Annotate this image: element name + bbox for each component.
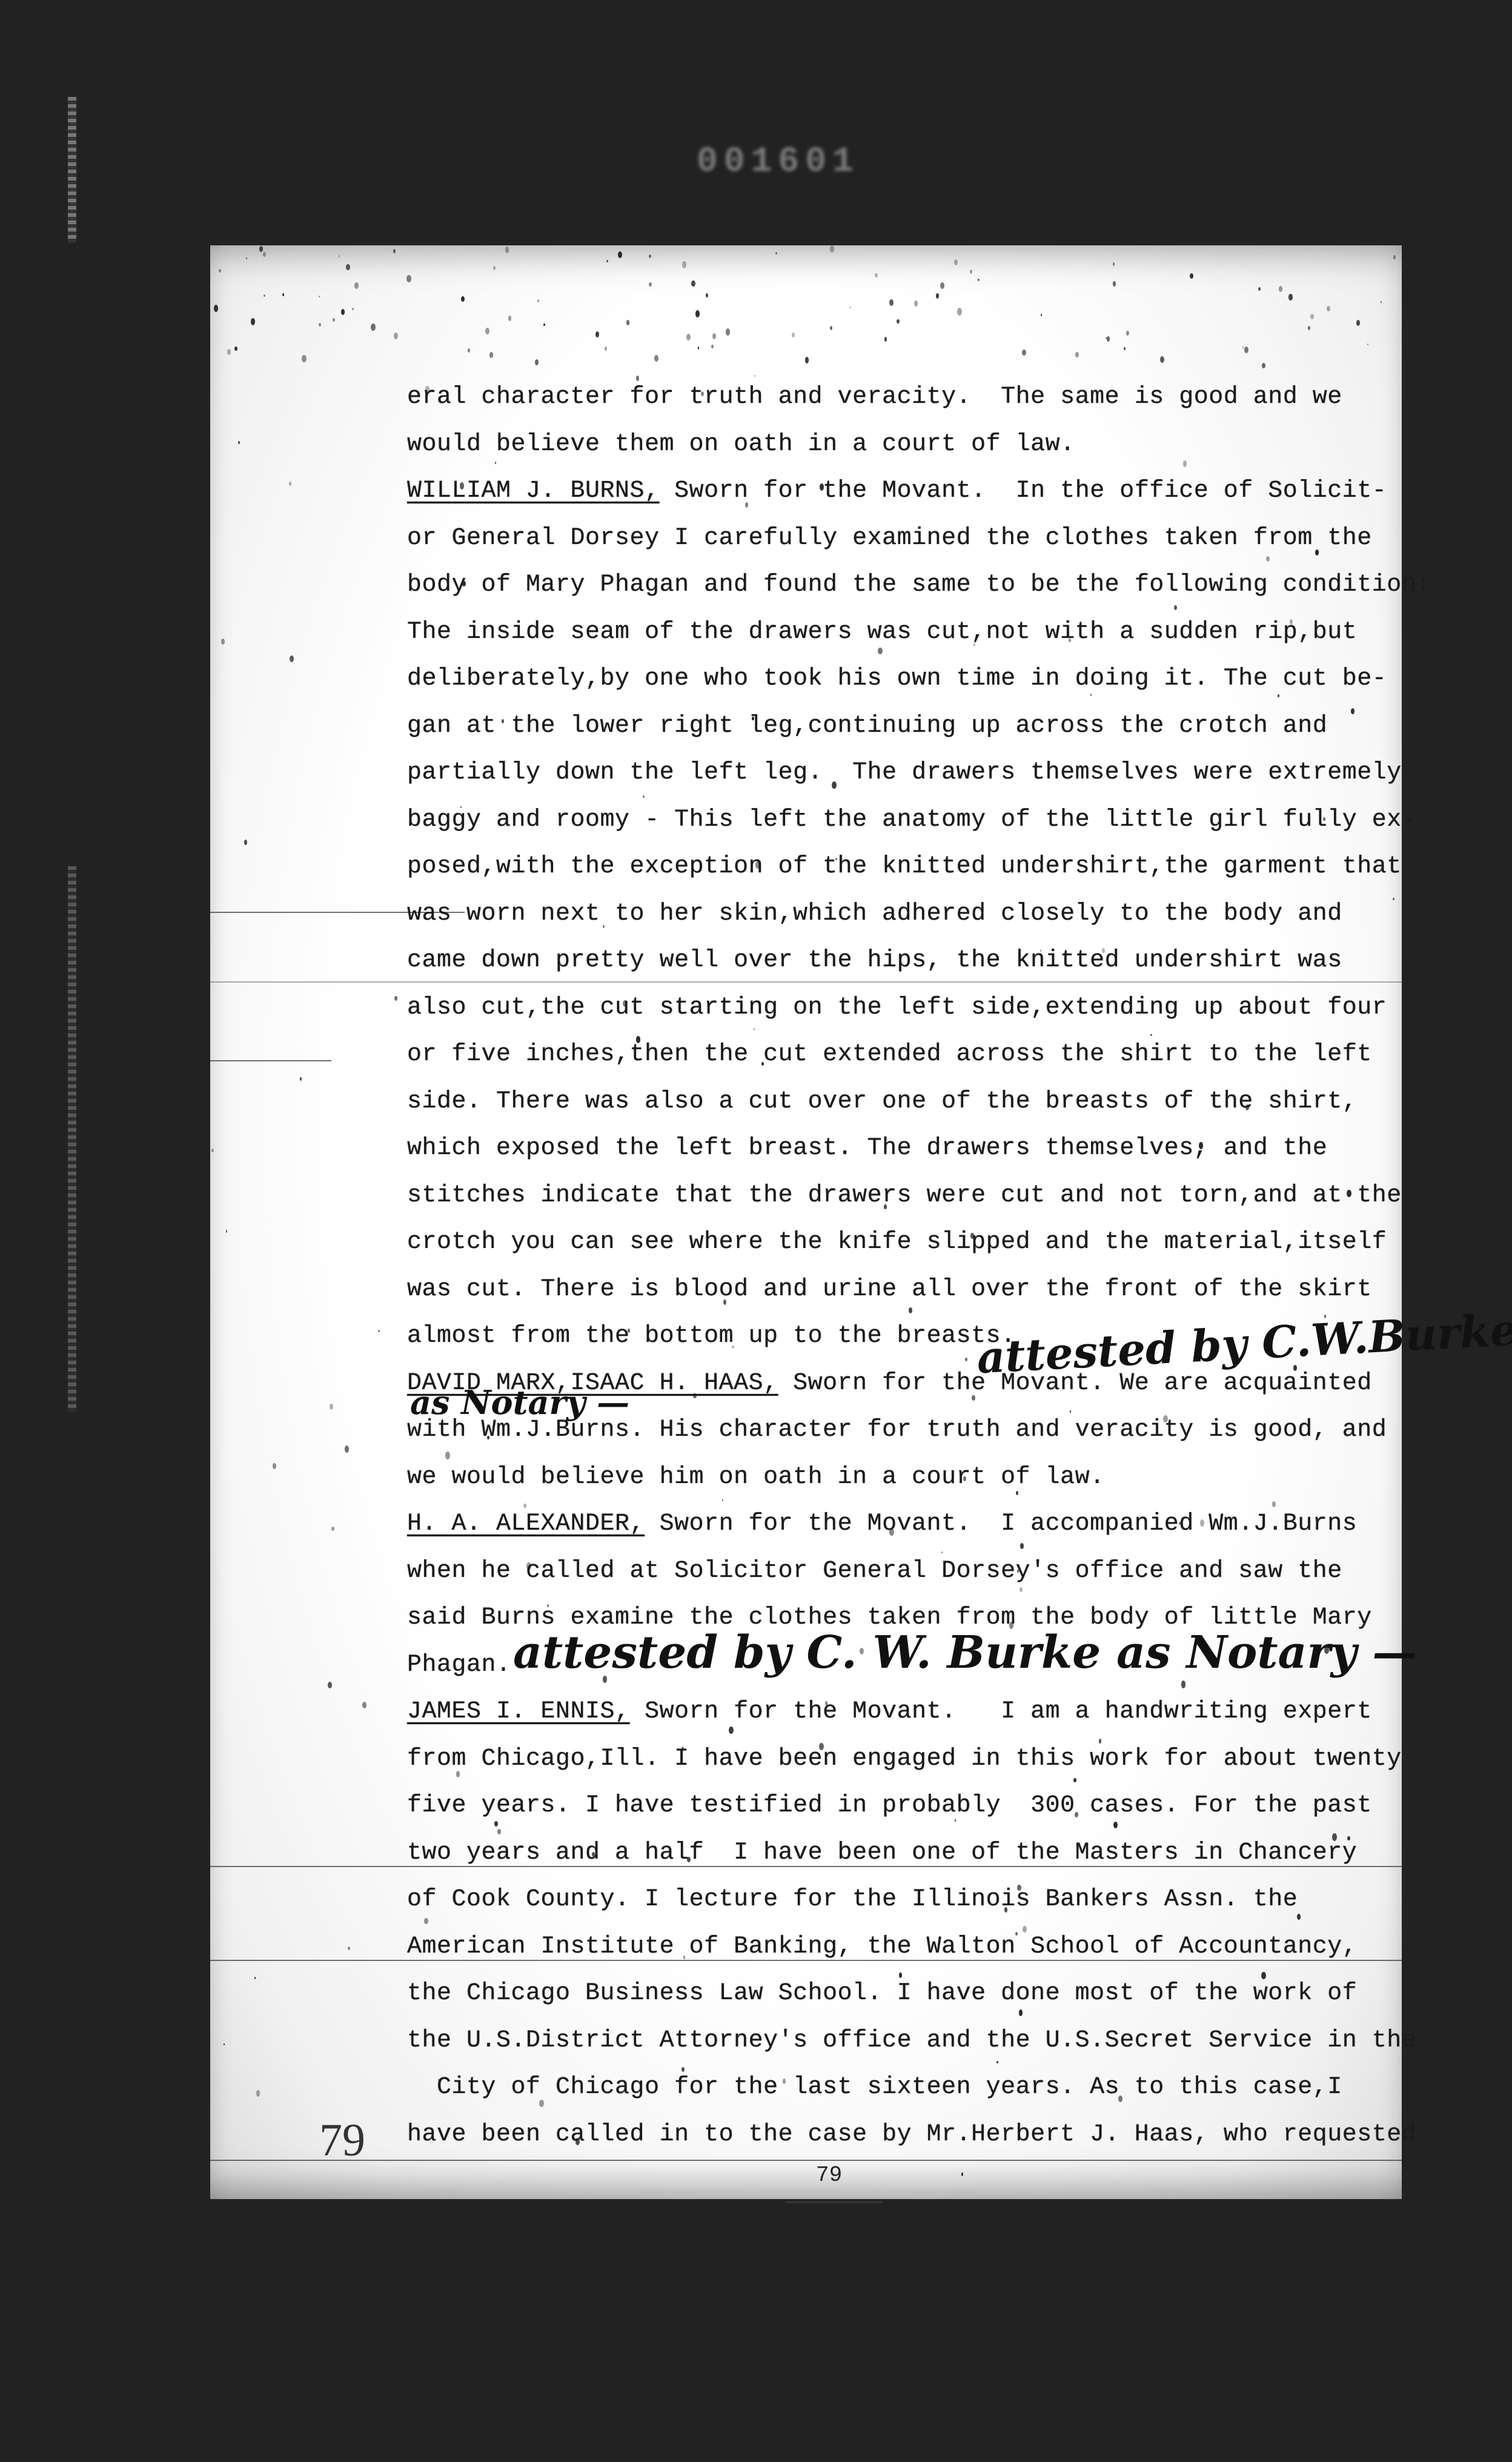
speck (256, 2090, 260, 2097)
text-line: WILLIAM J. BURNS, Sworn for the Movant. … (407, 476, 1387, 507)
speck (494, 1821, 498, 1827)
ruled-line (210, 2160, 1402, 2161)
speck (965, 1358, 967, 1361)
line-text: side. There was also a cut over one of t… (407, 1088, 1357, 1115)
line-text: American Institute of Banking, the Walto… (407, 1933, 1357, 1960)
speck (940, 282, 944, 289)
speck (909, 1307, 912, 1313)
witness-name: WILLIAM J. BURNS, (407, 477, 660, 505)
speck (238, 441, 240, 444)
text-line: deliberately,by one who took his own tim… (407, 663, 1387, 695)
text-line: have been called in to the case by Mr.He… (407, 2119, 1416, 2151)
speck (686, 334, 691, 340)
speck (246, 257, 247, 259)
film-perforation-strip (68, 97, 76, 242)
text-line: almost from the bottom up to the breasts… (407, 1321, 1016, 1352)
speck (643, 795, 645, 798)
line-text: of Cook County. I lecture for the Illino… (407, 1886, 1298, 1913)
speck (878, 648, 882, 655)
text-line: gan at the lower right leg,continuing up… (407, 711, 1327, 742)
speck (954, 259, 958, 265)
speck (649, 254, 651, 258)
speck (889, 299, 894, 306)
line-text: the Chicago Business Law School. I have … (407, 1980, 1357, 2007)
text-line: was cut. There is blood and urine all ov… (407, 1274, 1372, 1306)
line-text: was cut. There is blood and urine all ov… (407, 1276, 1372, 1303)
speck (1356, 320, 1360, 326)
speck (875, 273, 877, 277)
text-line: City of Chicago for the last sixteen yea… (407, 2072, 1342, 2103)
speck (394, 333, 398, 339)
line-text: would believe them on oath in a court of… (407, 431, 1075, 458)
speck (1113, 262, 1115, 265)
speck (259, 246, 263, 252)
speck (618, 251, 622, 258)
speck (970, 270, 972, 274)
speck (1266, 556, 1270, 562)
text-line: of Cook County. I lecture for the Illino… (407, 1884, 1298, 1916)
line-text: crotch you can see where the knife slipp… (407, 1229, 1387, 1256)
speck (254, 1977, 256, 1979)
line-text: deliberately,by one who took his own tim… (407, 665, 1387, 692)
line-text: also cut,the cut starting on the left si… (407, 994, 1387, 1021)
speck (508, 316, 512, 321)
speck (468, 348, 470, 353)
speck (712, 333, 716, 339)
speck (1020, 1543, 1024, 1549)
speck (1075, 352, 1079, 357)
speck (654, 355, 658, 362)
speck (219, 269, 221, 273)
line-text: almost from the bottom up to the breasts… (407, 1322, 1016, 1350)
text-line: posed,with the exception of the knitted … (407, 851, 1402, 883)
handwritten-attestation-1-cont: as Notary — (410, 1383, 629, 1422)
speck (371, 324, 376, 331)
text-line: body of Mary Phagan and found the same t… (407, 569, 1431, 601)
speck (489, 352, 493, 358)
speck (941, 1551, 943, 1554)
speck (424, 1918, 428, 1924)
speck (1381, 301, 1382, 303)
speck (1288, 294, 1293, 300)
line-text: or five inches,then the cut extended acr… (407, 1041, 1372, 1068)
speck (722, 1499, 723, 1502)
line-text: was worn next to her skin,which adhered … (407, 900, 1342, 927)
speck (805, 357, 809, 363)
speck (606, 260, 608, 263)
speck (352, 308, 354, 310)
speck (445, 1452, 450, 1459)
speck (698, 347, 700, 350)
line-text: two years and a half I have been one of … (407, 1839, 1357, 1866)
speck (495, 462, 496, 463)
speck (354, 282, 359, 289)
line-text: stitches indicate that the drawers were … (407, 1182, 1402, 1209)
speck (897, 319, 900, 324)
speck (636, 376, 639, 381)
speck (289, 482, 291, 486)
speck (214, 305, 218, 312)
speck (378, 1330, 379, 1332)
speck (211, 1149, 214, 1152)
line-text: eral character for truth and veracity. T… (407, 383, 1342, 411)
speck (978, 279, 980, 282)
speck (273, 1463, 276, 1468)
speck (1393, 255, 1396, 259)
text-line: from Chicago,Ill. I have been engaged in… (407, 1744, 1402, 1775)
speck (626, 320, 630, 325)
speck (830, 245, 834, 253)
footer-page-number: 79 (816, 2163, 842, 2188)
text-line: or five inches,then the cut extended acr… (407, 1039, 1372, 1070)
footer-underline (786, 2201, 883, 2203)
text-line: or General Dorsey I carefully examined t… (407, 523, 1372, 554)
speck (302, 355, 307, 362)
speck (1262, 363, 1265, 369)
line-text: posed,with the exception of the knitted … (407, 853, 1402, 880)
speck (754, 375, 755, 377)
speck (505, 247, 509, 253)
speck (1150, 1034, 1152, 1037)
speck (537, 299, 539, 302)
text-line: two years and a half I have been one of … (407, 1837, 1357, 1869)
text-line: five years. I have testified in probably… (407, 1790, 1372, 1822)
line-text: we would believe him on oath in a court … (407, 1464, 1105, 1491)
speck (754, 1028, 755, 1030)
speck (996, 2061, 998, 2063)
text-line: was worn next to her skin,which adhered … (407, 898, 1342, 930)
speck (330, 1404, 333, 1410)
line-text: Sworn for the Movant. In the office of S… (660, 477, 1387, 505)
speck (345, 1445, 349, 1452)
speck (914, 300, 918, 306)
speck (1126, 331, 1129, 336)
witness-name: H. A. ALEXANDER, (407, 1510, 645, 1538)
speck (1308, 326, 1310, 330)
text-line: H. A. ALEXANDER, Sworn for the Movant. I… (407, 1508, 1357, 1540)
line-text: came down pretty well over the hips, the… (407, 947, 1342, 974)
speck (1190, 273, 1193, 279)
speck (1279, 286, 1282, 291)
speck (850, 307, 851, 309)
speck (1393, 898, 1394, 901)
speck (319, 296, 320, 297)
speck (328, 1682, 332, 1689)
line-text: gan at the lower right leg,continuing up… (407, 712, 1327, 740)
line-text: when he called at Solicitor General Dors… (407, 1558, 1342, 1585)
document-page: eral character for truth and veracity. T… (210, 245, 1402, 2199)
speck (535, 359, 539, 365)
speck (1020, 1587, 1023, 1592)
speck (1174, 605, 1177, 610)
text-line: side. There was also a cut over one of t… (407, 1086, 1357, 1118)
line-text: City of Chicago for the last sixteen yea… (407, 2074, 1342, 2101)
line-text: partially down the left leg. The drawers… (407, 759, 1402, 786)
speck (461, 296, 465, 302)
speck (595, 331, 599, 337)
speck (346, 264, 350, 270)
speck (319, 323, 321, 327)
speck (493, 266, 496, 270)
speck (792, 333, 795, 337)
line-text: which exposed the left breast. The drawe… (407, 1135, 1327, 1162)
line-text: five years. I have testified in probably… (407, 1792, 1372, 1819)
speck (1070, 1410, 1071, 1412)
speck (394, 996, 397, 1001)
speck (1113, 281, 1116, 287)
speck (1244, 347, 1248, 353)
ruled-line (210, 981, 1402, 983)
speck (726, 328, 730, 336)
speck (682, 261, 687, 268)
speck (1019, 2009, 1023, 2016)
speck (543, 324, 545, 326)
speck (1310, 314, 1314, 320)
line-text: from Chicago,Ill. I have been engaged in… (407, 1745, 1402, 1773)
speck (1106, 337, 1107, 339)
speck (1107, 336, 1110, 341)
text-line: partially down the left leg. The drawers… (407, 757, 1402, 789)
line-text: The inside seam of the drawers was cut,n… (407, 619, 1357, 646)
text-line: when he called at Solicitor General Dors… (407, 1556, 1342, 1587)
speck (961, 2172, 964, 2176)
speck (711, 345, 714, 348)
speck (1351, 708, 1354, 714)
ruled-line (210, 1060, 331, 1061)
text-line: we would believe him on oath in a court … (407, 1462, 1105, 1493)
text-line: eral character for truth and veracity. T… (407, 382, 1342, 413)
speck (244, 840, 247, 845)
speck (348, 1946, 350, 1950)
speck (1183, 460, 1187, 467)
text-line: Phagan. (407, 1650, 511, 1681)
speck (830, 326, 833, 330)
line-text: baggy and roomy - This left the anatomy … (407, 806, 1416, 834)
speck (339, 255, 340, 257)
line-text: body of Mary Phagan and found the same t… (407, 571, 1431, 599)
speck (523, 1504, 526, 1508)
speck (649, 282, 651, 287)
speck (1367, 343, 1368, 346)
speck (333, 318, 335, 322)
line-text: Phagan. (407, 1651, 511, 1679)
margin-page-number: 79 (319, 2114, 365, 2167)
text-line: American Institute of Banking, the Walto… (407, 1931, 1357, 1963)
speck (936, 293, 939, 299)
witness-name: JAMES I. ENNIS, (407, 1698, 630, 1725)
speck (406, 275, 411, 282)
text-line: JAMES I. ENNIS, Sworn for the Movant. I … (407, 1696, 1372, 1728)
speck (695, 310, 700, 317)
speck (1272, 1501, 1276, 1507)
line-text: have been called in to the case by Mr.He… (407, 2121, 1416, 2148)
film-frame-number: 001601 (697, 142, 860, 182)
speck (282, 293, 284, 296)
speck (1160, 356, 1164, 363)
speck (1258, 287, 1261, 291)
speck (331, 1527, 334, 1531)
line-text: Sworn for the Movant. I am a handwriting… (630, 1698, 1372, 1725)
speck (1022, 350, 1026, 356)
text-line: stitches indicate that the drawers were … (407, 1180, 1402, 1212)
text-line: came down pretty well over the hips, the… (407, 945, 1342, 977)
speck (362, 1702, 366, 1708)
speck (224, 2043, 225, 2046)
text-line: the U.S.District Attorney's office and t… (407, 2025, 1416, 2057)
speck (884, 337, 887, 341)
speck (957, 308, 962, 316)
speck (1124, 347, 1126, 350)
speck (706, 293, 708, 297)
speck (290, 655, 294, 662)
speck (681, 2067, 685, 2072)
speck (605, 347, 607, 351)
line-text: the U.S.District Attorney's office and t… (407, 2027, 1416, 2054)
speck (221, 639, 225, 645)
speck (393, 249, 396, 253)
speck (775, 252, 777, 254)
line-text: Sworn for the Movant. I accompanied Wm.J… (645, 1510, 1357, 1538)
speck (264, 294, 265, 297)
speck (341, 309, 345, 315)
speck (497, 1829, 501, 1835)
speck (691, 280, 695, 287)
speck (226, 1230, 228, 1232)
speck (1113, 1822, 1118, 1829)
text-line: the Chicago Business Law School. I have … (407, 1978, 1357, 2009)
text-line: also cut,the cut starting on the left si… (407, 992, 1387, 1024)
text-line: crotch you can see where the knife slipp… (407, 1227, 1387, 1258)
speck (485, 328, 489, 334)
speck (227, 349, 231, 355)
text-line: would believe them on oath in a court of… (407, 429, 1075, 460)
text-line: The inside seam of the drawers was cut,n… (407, 617, 1357, 648)
speck (1041, 314, 1042, 316)
text-line: which exposed the left breast. The drawe… (407, 1133, 1327, 1164)
speck (263, 252, 266, 257)
handwritten-attestation-2: attested by C. W. Burke as Notary — (513, 1627, 1417, 1679)
line-text: or General Dorsey I carefully examined t… (407, 525, 1372, 552)
film-perforation-strip-lower (68, 866, 76, 1412)
speck (300, 1077, 302, 1080)
speck (234, 347, 237, 351)
speck (1327, 306, 1330, 311)
speck (251, 318, 255, 325)
speck (1073, 1778, 1076, 1782)
speck (1181, 1681, 1186, 1688)
text-line: baggy and roomy - This left the anatomy … (407, 805, 1416, 836)
